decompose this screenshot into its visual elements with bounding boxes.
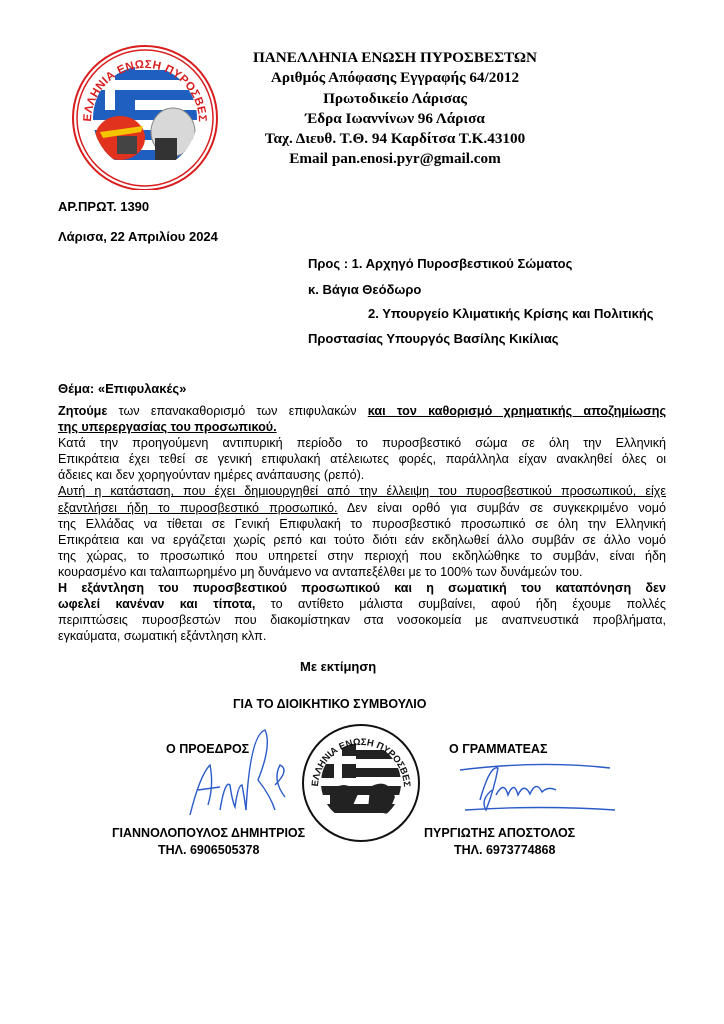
recipient-line: 2. Υπουργείο Κλιματικής Κρίσης και Πολιτ…: [368, 306, 654, 321]
email: Email pan.enosi.pyr@gmail.com: [230, 149, 560, 169]
closing-salutation: Με εκτίμηση: [300, 659, 376, 674]
president-signature: [180, 725, 300, 825]
organization-logo: ΠΑΝΕΛΛΗΝΙΑ ΕΝΩΣΗ ΠΥΡΟΣΒΕΣΤΩΝ: [65, 40, 225, 190]
paragraph-context: Κατά την προηγούμενη αντιπυρική περίοδο …: [58, 435, 666, 483]
secretary-name: ΠΥΡΓΙΩΤΗΣ ΑΠΟΣΤΟΛΟΣ: [424, 826, 575, 840]
subject-line: Θέμα: «Επιφυλακές»: [58, 381, 186, 396]
paragraph-situation: Αυτή η κατάσταση, που έχει δημιουργηθεί …: [58, 483, 666, 580]
board-heading: ΓΙΑ ΤΟ ΔΙΟΙΚΗΤΙΚΟ ΣΥΜΒΟΥΛΙΟ: [233, 697, 426, 711]
secretary-title: Ο ΓΡΑΜΜΑΤΕΑΣ: [449, 742, 547, 756]
president-name: ΓΙΑΝΝΟΛΟΠΟΥΛΟΣ ΔΗΜΗΤΡΙΟΣ: [112, 826, 305, 840]
letter-date: Λάρισα, 22 Απριλίου 2024: [58, 229, 218, 244]
secretary-phone: ΤΗΛ. 6973774868: [454, 843, 555, 857]
paragraph-request: Ζητούμε των επανακαθορισμό των επιφυλακώ…: [58, 403, 666, 435]
org-name: ΠΑΝΕΛΛΗΝΙΑ ΕΝΩΣΗ ΠΥΡΟΣΒΕΣΤΩΝ: [230, 48, 560, 68]
postal-address: Ταχ. Διευθ. Τ.Θ. 94 Καρδίτσα Τ.Κ.43100: [230, 129, 560, 149]
protocol-number: ΑΡ.ΠΡΩΤ. 1390: [58, 199, 149, 214]
organization-stamp: ΠΑΝΕΛΛΗΝΙΑ ΕΝΩΣΗ ΠΥΡΟΣΒΕΣΤΩΝ: [300, 722, 422, 844]
recipient-line: κ. Βάγια Θεόδωρο: [308, 282, 421, 297]
paragraph-consequences: Η εξάντληση του πυροσβεστικού προσωπικού…: [58, 580, 666, 644]
letterhead: ΠΑΝΕΛΛΗΝΙΑ ΕΝΩΣΗ ΠΥΡΟΣΒΕΣΤΩΝ Αριθμός Από…: [230, 48, 560, 170]
secretary-signature: [460, 760, 620, 820]
registration-number: Αριθμός Απόφασης Εγγραφής 64/2012: [230, 68, 560, 88]
recipient-line: Προστασίας Υπουργός Βασίλης Κικίλιας: [308, 331, 559, 346]
president-phone: ΤΗΛ. 6906505378: [158, 843, 259, 857]
recipient-line: Προς : 1. Αρχηγό Πυροσβεστικού Σώματος: [308, 256, 572, 271]
court: Πρωτοδικείο Λάρισας: [230, 89, 560, 109]
seat-address: Έδρα Ιωαννίνων 96 Λάρισα: [230, 109, 560, 129]
letter-body: Ζητούμε των επανακαθορισμό των επιφυλακώ…: [58, 403, 666, 644]
